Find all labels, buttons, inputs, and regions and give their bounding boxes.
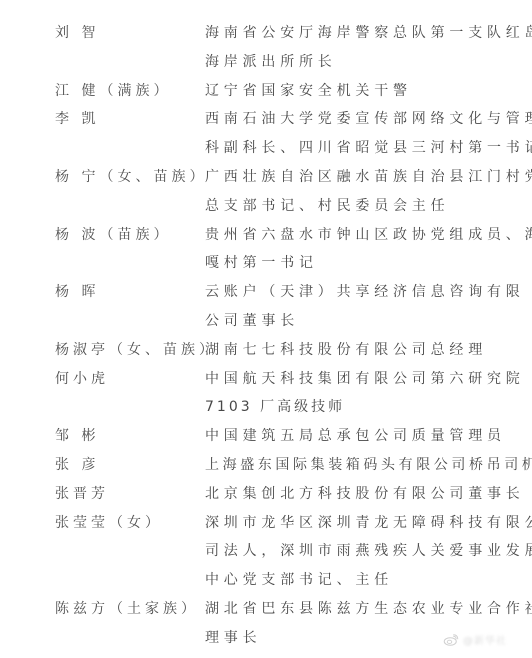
position-line: 嘎村第一书记 <box>205 249 480 278</box>
list-entry: 杨 晖 云账户（天津）共享经济信息咨询有限 公司董事长 <box>0 278 532 336</box>
person-position: 广西壮族自治区融水苗族自治县江门村党 总支部书记、村民委员会主任 <box>205 163 480 221</box>
list-entry: 邹 彬 中国建筑五局总承包公司质量管理员 <box>0 422 532 451</box>
position-line: 辽宁省国家安全机关干警 <box>205 77 480 106</box>
position-line: 湖南七七科技股份有限公司总经理 <box>205 336 480 365</box>
person-name: 李 凯 <box>0 105 205 134</box>
list-entry: 张莹莹（女） 深圳市龙华区深圳青龙无障碍科技有限公 司法人，深圳市雨燕残疾人关爱… <box>0 509 532 595</box>
person-name: 张晋芳 <box>0 480 205 509</box>
person-name: 杨 宁（女、苗族） <box>0 163 205 192</box>
person-position: 中国建筑五局总承包公司质量管理员 <box>205 422 480 451</box>
list-entry: 江 健（满族） 辽宁省国家安全机关干警 <box>0 77 532 106</box>
person-name: 邹 彬 <box>0 422 205 451</box>
position-line: 海岸派出所所长 <box>205 48 480 77</box>
person-position: 北京集创北方科技股份有限公司董事长 <box>205 480 480 509</box>
person-position: 深圳市龙华区深圳青龙无障碍科技有限公 司法人，深圳市雨燕残疾人关爱事业发展 中心… <box>205 509 480 595</box>
document-page: 刘 智 海南省公安厅海岸警察总队第一支队红岛 海岸派出所所长 江 健（满族） 辽… <box>0 19 532 653</box>
list-entry: 杨 宁（女、苗族） 广西壮族自治区融水苗族自治县江门村党 总支部书记、村民委员会… <box>0 163 532 221</box>
person-name: 江 健（满族） <box>0 77 205 106</box>
position-line: 西南石油大学党委宣传部网络文化与管理 <box>205 105 480 134</box>
position-line: 司法人，深圳市雨燕残疾人关爱事业发展 <box>205 537 480 566</box>
person-name: 刘 智 <box>0 19 205 48</box>
position-line: 深圳市龙华区深圳青龙无障碍科技有限公 <box>205 509 480 538</box>
weibo-watermark: @新华社 <box>443 632 507 647</box>
list-entry: 李 凯 西南石油大学党委宣传部网络文化与管理 科副科长、四川省昭觉县三河村第一书… <box>0 105 532 163</box>
watermark-text: @新华社 <box>463 632 507 647</box>
person-position: 西南石油大学党委宣传部网络文化与管理 科副科长、四川省昭觉县三河村第一书记 <box>205 105 480 163</box>
list-entry: 刘 智 海南省公安厅海岸警察总队第一支队红岛 海岸派出所所长 <box>0 19 532 77</box>
person-position: 上海盛东国际集装箱码头有限公司桥吊司机 <box>205 451 480 480</box>
person-name: 杨淑亭（女、苗族） <box>0 336 205 365</box>
list-entry: 杨 波（苗族） 贵州省六盘水市钟山区政协党组成员、海 嘎村第一书记 <box>0 221 532 279</box>
position-line: 公司董事长 <box>205 307 480 336</box>
position-line: 贵州省六盘水市钟山区政协党组成员、海 <box>205 221 480 250</box>
person-position: 湖南七七科技股份有限公司总经理 <box>205 336 480 365</box>
position-line: 上海盛东国际集装箱码头有限公司桥吊司机 <box>205 451 480 480</box>
person-name: 张 彦 <box>0 451 205 480</box>
position-line: 总支部书记、村民委员会主任 <box>205 192 480 221</box>
list-entry: 张 彦 上海盛东国际集装箱码头有限公司桥吊司机 <box>0 451 532 480</box>
person-name: 陈兹方（土家族） <box>0 595 205 624</box>
position-line: 湖北省巴东县陈兹方生态农业专业合作社 <box>205 595 480 624</box>
person-position: 海南省公安厅海岸警察总队第一支队红岛 海岸派出所所长 <box>205 19 480 77</box>
position-line: 海南省公安厅海岸警察总队第一支队红岛 <box>205 19 480 48</box>
person-name: 张莹莹（女） <box>0 509 205 538</box>
position-line: 中国建筑五局总承包公司质量管理员 <box>205 422 480 451</box>
person-name: 杨 波（苗族） <box>0 221 205 250</box>
person-position: 贵州省六盘水市钟山区政协党组成员、海 嘎村第一书记 <box>205 221 480 279</box>
position-line: 广西壮族自治区融水苗族自治县江门村党 <box>205 163 480 192</box>
position-line: 云账户（天津）共享经济信息咨询有限 <box>205 278 480 307</box>
person-position: 辽宁省国家安全机关干警 <box>205 77 480 106</box>
position-line: 7103 厂高级技师 <box>205 393 480 422</box>
position-line: 北京集创北方科技股份有限公司董事长 <box>205 480 480 509</box>
person-position: 湖北省巴东县陈兹方生态农业专业合作社 理事长 <box>205 595 480 653</box>
weibo-logo-icon <box>443 634 459 646</box>
list-entry: 杨淑亭（女、苗族） 湖南七七科技股份有限公司总经理 <box>0 336 532 365</box>
person-position: 云账户（天津）共享经济信息咨询有限 公司董事长 <box>205 278 480 336</box>
position-line: 科副科长、四川省昭觉县三河村第一书记 <box>205 134 480 163</box>
position-line: 理事长 <box>205 624 480 653</box>
person-position: 中国航天科技集团有限公司第六研究院 7103 厂高级技师 <box>205 365 480 423</box>
list-entry: 何小虎 中国航天科技集团有限公司第六研究院 7103 厂高级技师 <box>0 365 532 423</box>
list-entry: 张晋芳 北京集创北方科技股份有限公司董事长 <box>0 480 532 509</box>
position-line: 中国航天科技集团有限公司第六研究院 <box>205 365 480 394</box>
person-name: 何小虎 <box>0 365 205 394</box>
person-name: 杨 晖 <box>0 278 205 307</box>
position-line: 中心党支部书记、主任 <box>205 566 480 595</box>
